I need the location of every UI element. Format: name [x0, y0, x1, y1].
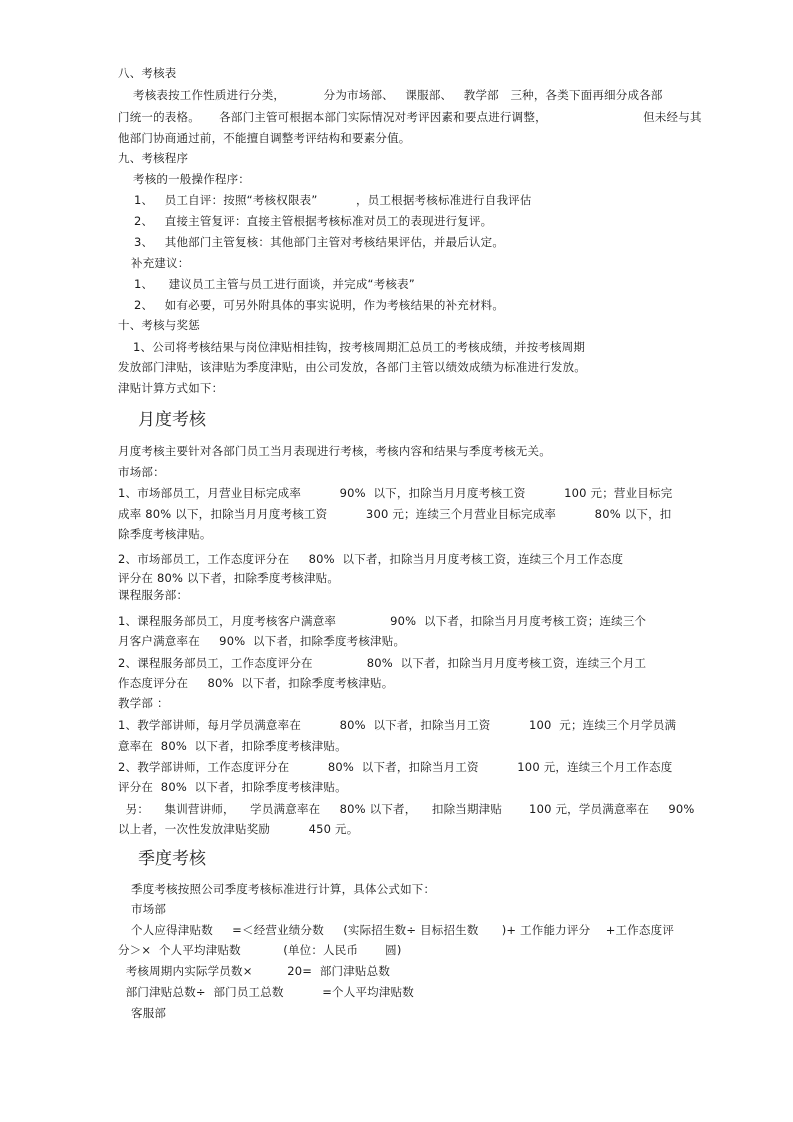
formula-line-1: 个人应得津贴数 =＜经营业绩分数 (实际招生数÷ 目标招生数 )+ 工作能力评分…	[131, 923, 674, 937]
market-item1-line2: 成率 80% 以下，扣除当月月度考核工资 300 元；连续三个月营业目标完成率 …	[118, 507, 672, 521]
section8-title: 八、考核表	[118, 66, 177, 80]
section9-step-3: 3、 其他部门主管复核：其他部门主管对考核结果评估，并最后认定。	[134, 235, 504, 249]
course-item2-line1: 2、课程服务部员工，工作态度评分在 80% 以下者，扣除当月月度考核工资，连续三…	[118, 656, 646, 670]
quarterly-market-label: 市场部	[131, 902, 166, 916]
monthly-heading: 月度考核	[138, 410, 206, 430]
formula-line-2: 分＞× 个人平均津贴数 (单位：人民币 圆)	[118, 943, 402, 957]
course-item2-line2: 作态度评分在 80% 以下者，扣除季度考核津贴。	[118, 676, 393, 690]
section9-supplement-1: 1、 建议员工主管与员工进行面谈，并完成“考核表”	[134, 277, 415, 291]
teaching-extra-line2: 以上者，一次性发放津贴奖励 450 元。	[118, 822, 358, 836]
market-item1-line1: 1、市场部员工，月营业目标完成率 90% 以下，扣除当月月度考核工资 100 元…	[118, 486, 672, 500]
section8-line-3: 他部门协商通过前，不能擅自调整考评结构和要素分值。	[118, 131, 411, 145]
market-item1-line3: 除季度考核津贴。	[118, 527, 212, 541]
section9-supplement-2: 2、 如有必要，可另外附具体的事实说明，作为考核结果的补充材料。	[134, 298, 504, 312]
course-label: 课程服务部：	[118, 588, 188, 602]
teaching-item1-line1: 1、教学部讲师，每月学员满意率在 80% 以下者，扣除当月工资 100 元；连续…	[118, 718, 676, 732]
quarterly-intro: 季度考核按照公司季度考核标准进行计算，具体公式如下：	[131, 882, 435, 896]
section10-line-2: 发放部门津贴，该津贴为季度津贴，由公司发放，各部门主管以绩效成绩为标准进行发放。	[118, 360, 586, 374]
course-item1-line1: 1、课程服务部员工，月度考核客户满意率 90% 以下者，扣除当月月度考核工资；连…	[118, 614, 646, 628]
market-item2-line2: 评分在 80% 以下者，扣除季度考核津贴。	[118, 571, 339, 585]
course-item1-line2: 月客户满意率在 90% 以下者，扣除季度考核津贴。	[118, 634, 405, 648]
section9-title: 九、考核程序	[118, 151, 188, 165]
section8-line-1: 考核表按工作性质进行分类， 分为市场部、 课服部、 教学部 三种，各类下面再细分…	[133, 88, 663, 102]
section9-intro: 考核的一般操作程序：	[133, 172, 250, 186]
quarterly-service-label: 客服部	[131, 1006, 166, 1020]
section9-step-2: 2、 直接主管复评：直接主管根据考核标准对员工的表现进行复评。	[134, 214, 492, 228]
section10-line-3: 津贴计算方式如下：	[118, 381, 223, 395]
teaching-label: 教学部 ：	[118, 696, 169, 710]
section10-line-1: 1、公司将考核结果与岗位津贴相挂钩，按考核周期汇总员工的考核成绩，并按考核周期	[133, 340, 585, 354]
teaching-item2-line1: 2、教学部讲师，工作态度评分在 80% 以下者，扣除当月工资 100 元，连续三…	[118, 760, 672, 774]
quarterly-heading: 季度考核	[138, 849, 206, 869]
teaching-item1-line2: 意率在 80% 以下者，扣除季度考核津贴。	[118, 739, 347, 753]
section8-line-2: 门统一的表格。 各部门主管可根据本部门实际情况对考评因素和要点进行调整， 但未经…	[118, 110, 702, 124]
formula-line-4: 部门津贴总数÷ 部门员工总数 =个人平均津贴数	[118, 985, 414, 999]
market-item2-line1: 2、市场部员工，工作态度评分在 80% 以下者，扣除当月月度考核工资，连续三个月…	[118, 552, 623, 566]
monthly-intro: 月度考核主要针对各部门员工当月表现进行考核，考核内容和结果与季度考核无关。	[118, 444, 551, 458]
section10-title: 十、考核与奖惩	[118, 318, 200, 332]
section9-supplement-title: 补充建议：	[131, 256, 190, 270]
teaching-extra-line1: 另： 集训营讲师， 学员满意率在 80% 以下者， 扣除当期津贴 100 元，学…	[118, 802, 695, 816]
formula-line-3: 考核周期内实际学员数× 20= 部门津贴总数	[118, 964, 390, 978]
section9-step-1: 1、 员工自评：按照“考核权限表” ，员工根据考核标准进行自我评估	[134, 193, 532, 207]
teaching-item2-line2: 评分在 80% 以下者，扣除季度考核津贴。	[118, 780, 347, 794]
market-label: 市场部：	[118, 465, 165, 479]
